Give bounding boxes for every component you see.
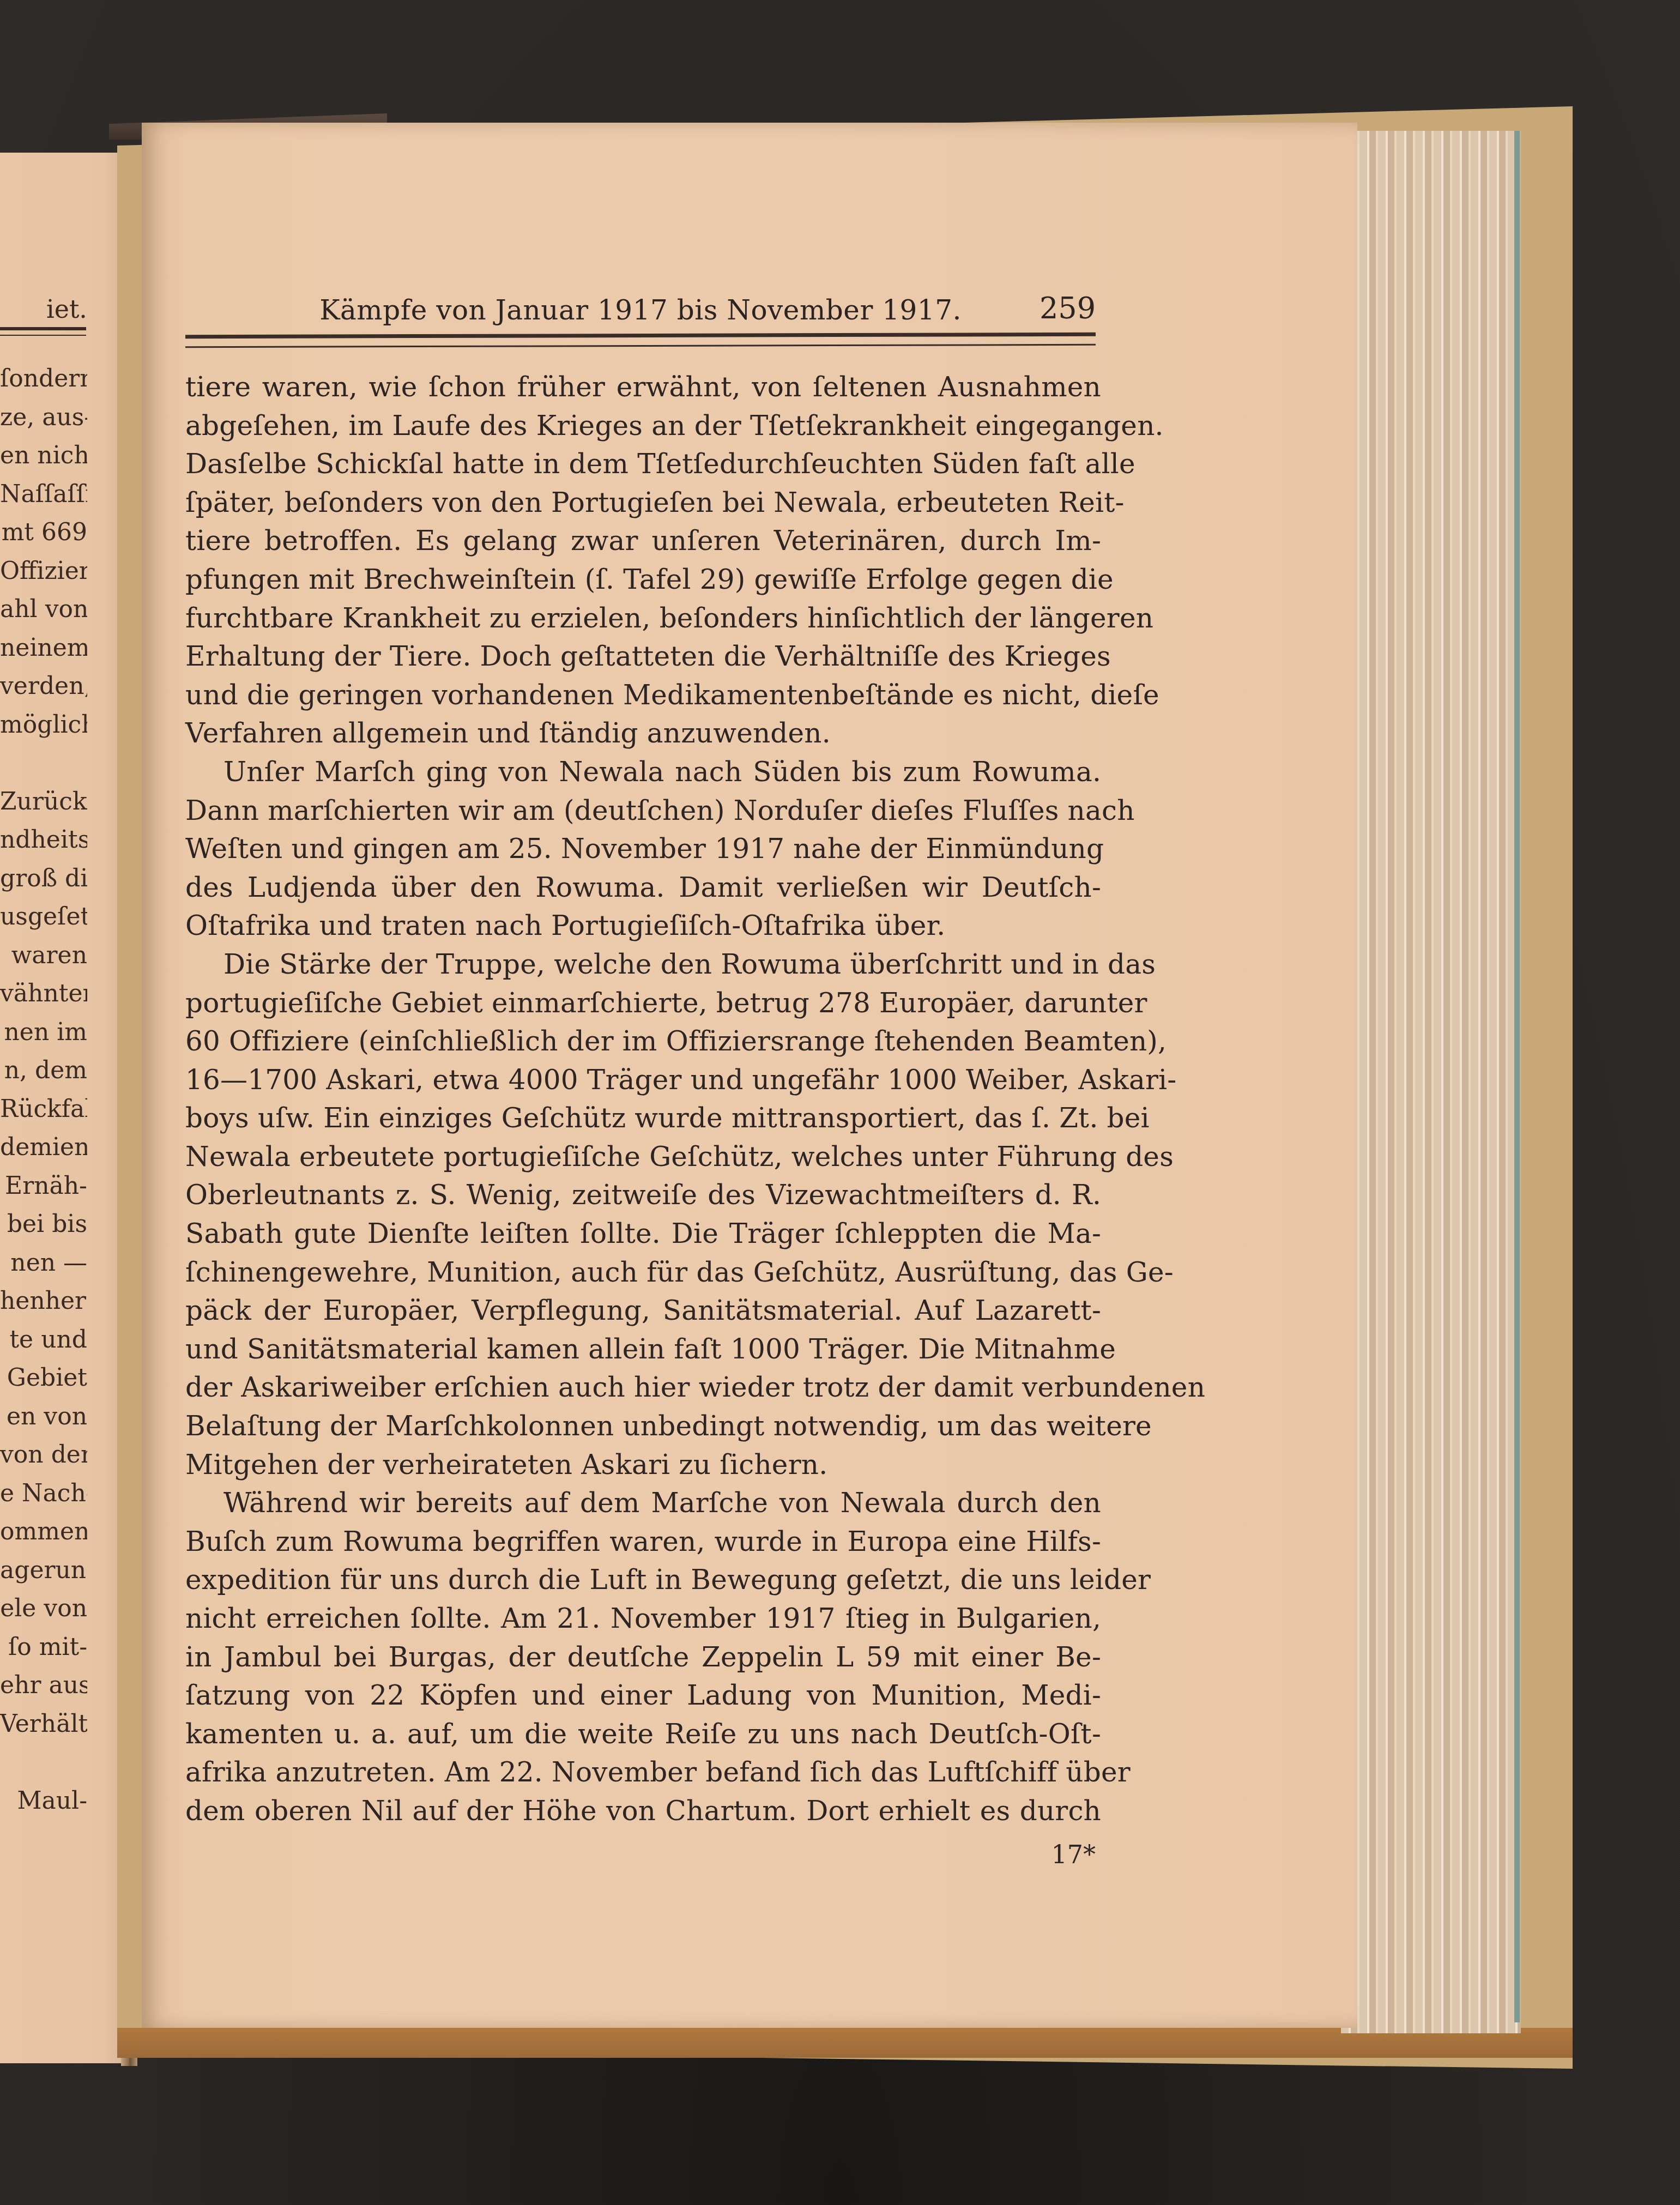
text-line: boys uſw. Ein einziges Geſchütz wurde mi…	[185, 1099, 1101, 1138]
left-line	[0, 1743, 87, 1782]
page-number: 259	[1040, 291, 1096, 325]
left-page-header-fragment: iet.	[0, 294, 87, 324]
text-line: tiere waren, wie ſchon früher erwähnt, v…	[185, 368, 1101, 407]
text-line: Sabath gute Dienſte leiſten ſollte. Die …	[185, 1215, 1101, 1253]
text-line: Verfahren allgemein und ſtändig anzuwend…	[185, 714, 1101, 753]
left-line: ehr aus	[0, 1666, 87, 1705]
left-line: waren	[0, 937, 87, 975]
left-page-text: ſondern ze, aus- en nicht Naſſaſſi, mt 6…	[0, 360, 87, 1820]
text-line: 16—1700 Askari, etwa 4000 Träger und ung…	[185, 1061, 1101, 1100]
paragraph-start: Während wir bereits auf dem Marſche von …	[185, 1484, 1101, 1523]
left-line: henherd	[0, 1282, 87, 1321]
text-line: afrika anzutreten. Am 22. November befan…	[185, 1753, 1101, 1792]
text-line: und die geringen vorhandenen Medikamente…	[185, 676, 1101, 715]
text-line: nicht erreichen ſollte. Am 21. November …	[185, 1599, 1101, 1638]
left-line: Ernäh-	[0, 1167, 87, 1206]
left-line: nen —	[0, 1244, 87, 1283]
left-line: en nicht	[0, 437, 87, 475]
left-line	[0, 744, 87, 783]
signature-mark: 17*	[1036, 1840, 1096, 1869]
left-line: demien	[0, 1128, 87, 1167]
left-line: e Nach-	[0, 1475, 87, 1513]
left-line: Naſſaſſi,	[0, 475, 87, 514]
text-line: ſatzung von 22 Köpfen und einer Ladung v…	[185, 1676, 1101, 1715]
left-line: ſondern	[0, 360, 87, 398]
text-line: Weſten und gingen am 25. November 1917 n…	[185, 830, 1101, 868]
left-line: ahl von	[0, 590, 87, 629]
left-line: groß die	[0, 860, 87, 898]
text-line: ſchinengewehre, Munition, auch für das G…	[185, 1253, 1101, 1292]
paragraph-start: Unſer Marſch ging von Newala nach Süden …	[185, 753, 1101, 792]
left-line: Gebiet	[0, 1359, 87, 1398]
text-line: Belaſtung der Marſchkolonnen unbedingt n…	[185, 1407, 1101, 1446]
text-line: furchtbare Krankheit zu erzielen, beſond…	[185, 599, 1101, 638]
left-page-header-rule	[0, 327, 86, 336]
text-line: und Sanitätsmaterial kamen allein faſt 1…	[185, 1330, 1101, 1369]
text-line: Dann marſchierten wir am (deutſchen) Nor…	[185, 792, 1101, 830]
left-line: neinem	[0, 629, 87, 668]
left-line: ſo mit-	[0, 1628, 87, 1667]
body-text: tiere waren, wie ſchon früher erwähnt, v…	[185, 368, 1101, 1831]
running-title: Kämpfe von Januar 1917 bis November 1917…	[185, 294, 1096, 326]
left-line: Maul-	[0, 1782, 87, 1821]
left-line: en von	[0, 1398, 87, 1436]
text-line: Oberleutnants z. S. Wenig, zeitweiſe des…	[185, 1176, 1101, 1215]
text-line: expedition für uns durch die Luft in Bew…	[185, 1561, 1101, 1599]
left-line: usgeſetzt	[0, 898, 87, 937]
text-line: Dasſelbe Schickſal hatte in dem Tſetſedu…	[185, 445, 1101, 484]
text-line: Erhaltung der Tiere. Doch geſtatteten di…	[185, 637, 1101, 676]
running-header: Kämpfe von Januar 1917 bis November 1917…	[185, 294, 1096, 333]
left-line: Rückfall-	[0, 1090, 87, 1129]
text-line: Oſtafrika und traten nach Portugieſiſch-…	[185, 907, 1101, 945]
left-line: ndheits-	[0, 821, 87, 860]
left-line: nen im	[0, 1013, 87, 1052]
left-line: te und	[0, 1321, 87, 1360]
text-line: Newala erbeutete portugieſiſche Geſchütz…	[185, 1138, 1101, 1176]
left-line: mt 669	[0, 514, 87, 552]
text-line: kamenten u. a. auf, um die weite Reiſe z…	[185, 1715, 1101, 1754]
text-line: Buſch zum Rowuma begriffen waren, wurde …	[185, 1523, 1101, 1561]
left-line: agerung	[0, 1551, 87, 1590]
left-line: ommen,	[0, 1513, 87, 1551]
text-line: pfungen mit Brechweinſtein (ſ. Tafel 29)…	[185, 560, 1101, 599]
left-line: verden,	[0, 667, 87, 706]
text-line: der Askariweiber erſchien auch hier wied…	[185, 1368, 1101, 1407]
text-line: ſpäter, beſonders von den Portugieſen be…	[185, 484, 1101, 522]
text-line: tiere betroffen. Es gelang zwar unſeren …	[185, 522, 1101, 560]
left-line: Zurück-	[0, 783, 87, 821]
left-line: ele von	[0, 1590, 87, 1628]
left-line: von den	[0, 1436, 87, 1475]
text-line: dem oberen Nil auf der Höhe von Chartum.…	[185, 1792, 1101, 1831]
page-stack-edges	[1341, 131, 1521, 2033]
endpaper-edge	[1514, 131, 1520, 2022]
text-line: 60 Offiziere (einſchließlich der im Offi…	[185, 1022, 1101, 1061]
text-line: abgeſehen, im Laufe des Krieges an der T…	[185, 407, 1101, 445]
left-line: n, dem	[0, 1052, 87, 1090]
text-line: in Jambul bei Burgas, der deutſche Zeppe…	[185, 1638, 1101, 1677]
left-line: Offiziere	[0, 552, 87, 591]
left-line: Verhält-	[0, 1705, 87, 1744]
left-line: möglich	[0, 706, 87, 745]
paragraph-start: Die Stärke der Truppe, welche den Rowuma…	[185, 945, 1101, 984]
text-line: portugieſiſche Gebiet einmarſchierte, be…	[185, 984, 1101, 1023]
left-line: bei bis	[0, 1205, 87, 1244]
left-line: vähnten	[0, 975, 87, 1013]
text-line: päck der Europäer, Verpflegung, Sanitäts…	[185, 1291, 1101, 1330]
text-line: Mitgehen der verheirateten Askari zu ſic…	[185, 1446, 1101, 1484]
left-line: ze, aus-	[0, 398, 87, 437]
header-double-rule	[185, 333, 1096, 348]
text-line: des Ludjenda über den Rowuma. Damit verl…	[185, 868, 1101, 907]
